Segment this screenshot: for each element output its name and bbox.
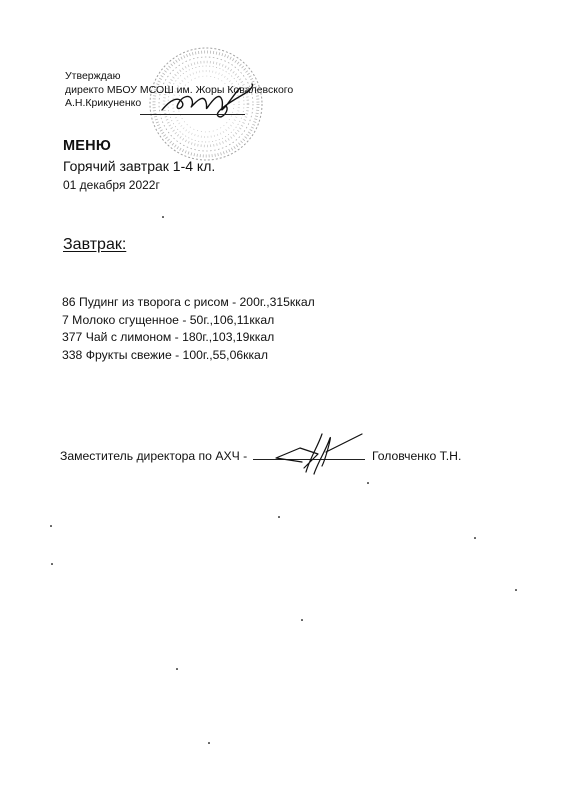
scan-speck: [301, 619, 303, 621]
menu-title: МЕНЮ: [63, 138, 111, 154]
scan-speck: [208, 742, 210, 744]
director-signature-icon: [160, 82, 260, 122]
scan-speck: [51, 563, 53, 565]
signer-name: Головченко Т.Н.: [372, 449, 461, 463]
approval-signature-line: [140, 114, 245, 115]
scan-speck: [515, 589, 517, 591]
scan-speck: [162, 216, 164, 218]
menu-item: 7 Молоко сгущенное - 50г.,106,11ккал: [62, 312, 315, 330]
signer-position: Заместитель директора по АХЧ -: [60, 449, 247, 463]
scan-speck: [474, 537, 476, 539]
document-page: Утверждаю директо МБОУ МСОШ им. Жоры Ков…: [0, 0, 566, 800]
menu-item-list: 86 Пудинг из творога с рисом - 200г.,315…: [62, 294, 315, 364]
scan-speck: [176, 668, 178, 670]
menu-item: 86 Пудинг из творога с рисом - 200г.,315…: [62, 294, 315, 312]
meal-heading: Завтрак:: [63, 236, 126, 254]
scan-speck: [50, 525, 52, 527]
scan-speck: [278, 516, 280, 518]
signature-block: Заместитель директора по АХЧ - Головченк…: [60, 449, 461, 463]
deputy-signature-icon: [270, 428, 365, 478]
scan-speck: [367, 482, 369, 484]
menu-item: 338 Фрукты свежие - 100г.,55,06ккал: [62, 347, 315, 365]
menu-date: 01 декабря 2022г: [63, 178, 160, 192]
menu-item: 377 Чай с лимоном - 180г.,103,19ккал: [62, 329, 315, 347]
